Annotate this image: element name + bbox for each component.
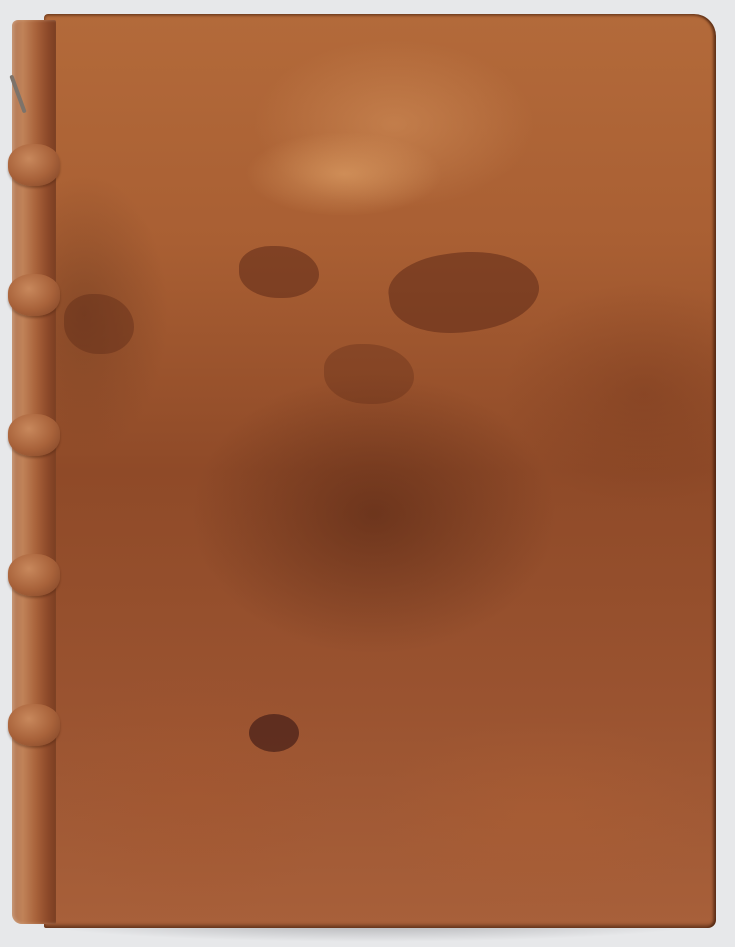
stain-spot [249,714,299,752]
spine-band-2 [8,274,60,316]
dark-area-center [324,344,414,404]
spine-band-4 [8,554,60,596]
scuff-patch-right [384,242,544,342]
book-front-cover [44,14,716,928]
spine-band-1 [8,144,60,186]
photo-scene: Antique leather-bound book, front cover [0,0,735,947]
book-spine [12,20,56,924]
scuff-patch-left [239,246,319,298]
leather-book [8,14,716,928]
spine-band-3 [8,414,60,456]
dark-area-left [64,294,134,354]
spine-band-5 [8,704,60,746]
